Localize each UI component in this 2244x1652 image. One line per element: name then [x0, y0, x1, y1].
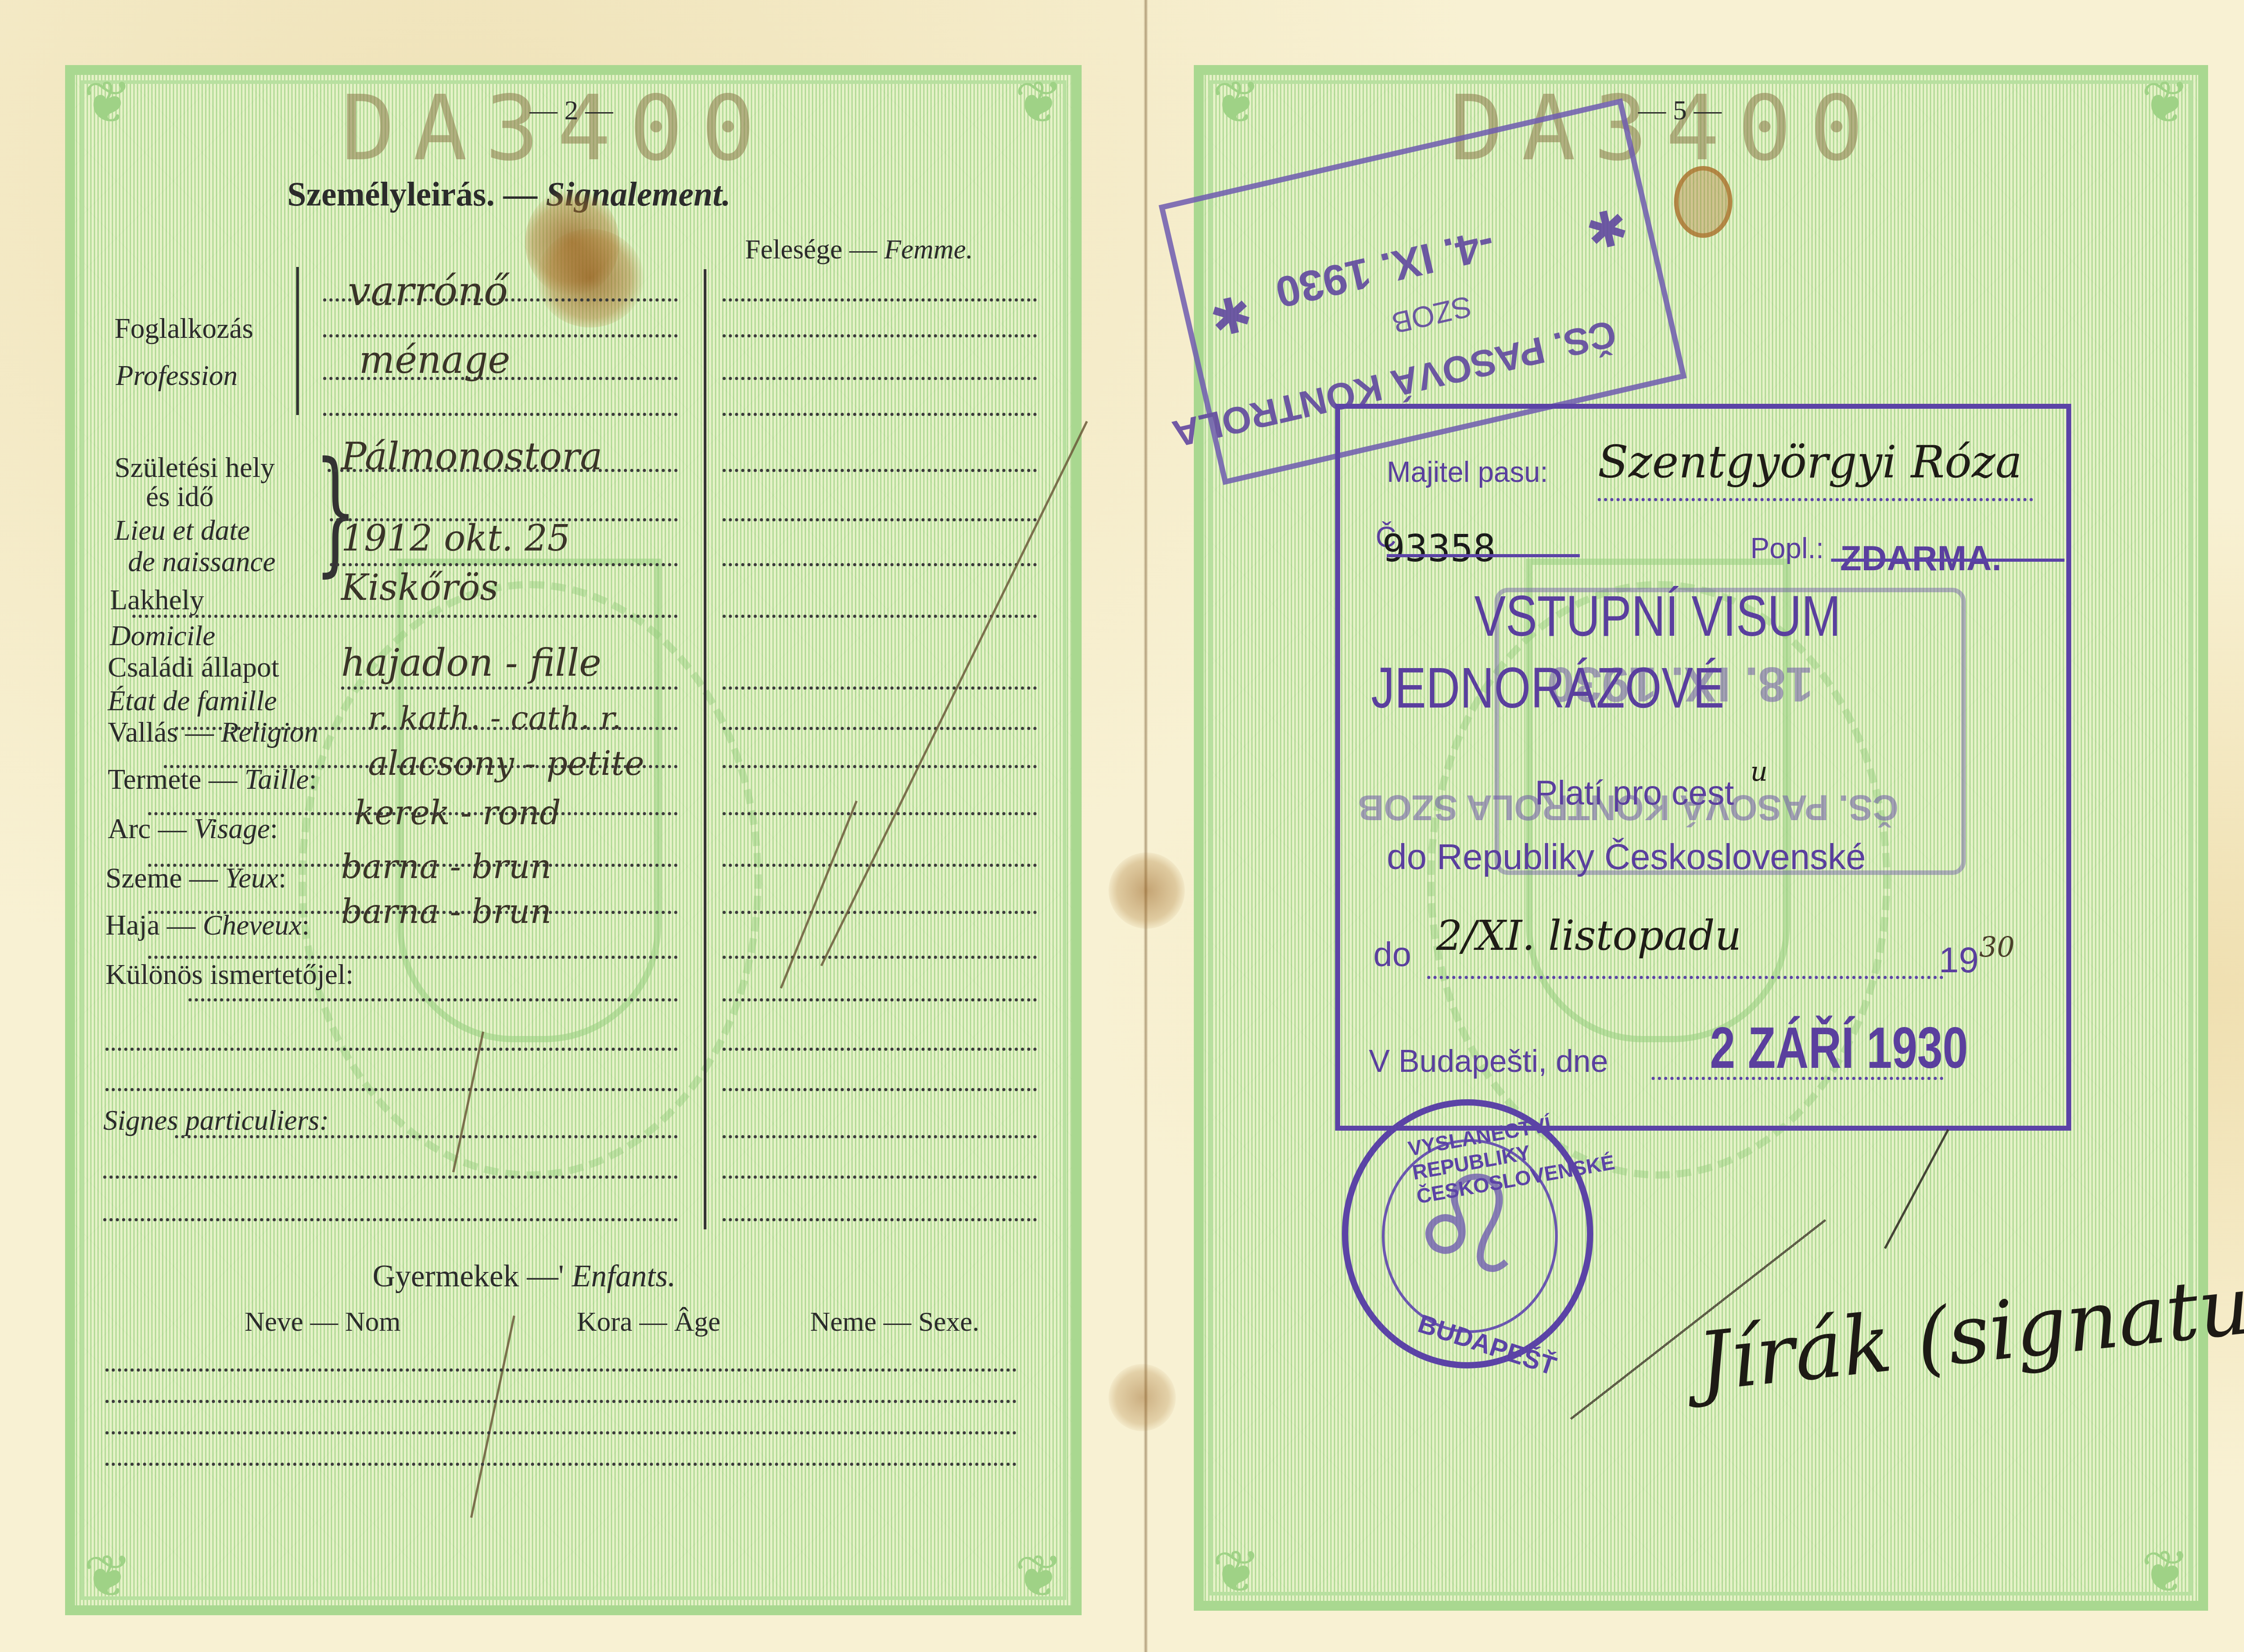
asterisk-icon: ✱ [1581, 199, 1633, 256]
wife-field-line [723, 686, 1037, 690]
wife-field-line [723, 298, 1037, 302]
label-birth-fr-1: Lieu et date [114, 516, 250, 545]
ornament-corner-icon: ❦ [74, 70, 141, 137]
wife-field-line [723, 864, 1037, 867]
valid-until-label: do [1373, 938, 1411, 972]
field-line [105, 1088, 678, 1091]
label-occupation-fr: Profession [116, 361, 237, 390]
height-value: alacsony - petite [368, 747, 644, 780]
field-line [103, 1218, 678, 1221]
brace [296, 267, 299, 415]
children-heading: Gyermekek —' Enfants. [373, 1261, 676, 1292]
country-line: do Republiky Československé [1387, 839, 1866, 875]
ornament-corner-icon: ❦ [1203, 1539, 1270, 1606]
valid-until-year-prefix: 19 [1939, 942, 1979, 978]
column-divider [704, 269, 706, 1229]
wife-field-line [723, 377, 1037, 380]
wife-field-line [723, 765, 1037, 768]
occupation-value-fr: ménage [359, 341, 510, 379]
page-number: — 5 — [1638, 96, 1722, 124]
label-family-fr: État de famille [108, 686, 277, 715]
children-col-sex: Neme — Sexe. [810, 1308, 979, 1336]
wife-column-header: Felesége — Femme. [745, 236, 973, 263]
label-domicile-hu: Lakhely [110, 586, 204, 614]
eyes-value: barna - brun [341, 850, 552, 883]
field-line [103, 1176, 678, 1179]
holder-value: Szentgyörgyi Róza [1598, 440, 2022, 485]
label-family-hu: Családi állapot [108, 653, 279, 682]
field-line [175, 1135, 678, 1138]
number-line [1387, 554, 1580, 557]
rust-stain [1674, 166, 1732, 238]
ornament-corner-icon: ❦ [1005, 1543, 1073, 1611]
wife-field-line [723, 563, 1037, 566]
wife-field-line [723, 956, 1037, 959]
ornament-corner-icon: ❦ [1005, 70, 1073, 137]
field-line [323, 413, 678, 416]
children-col-name: Neve — Nom [245, 1308, 401, 1336]
perforated-number: DA3400 [341, 76, 773, 181]
label-hair: Haja — Cheveux: [105, 911, 310, 940]
wife-field-line [723, 1135, 1037, 1138]
child-row-line [105, 1400, 1017, 1403]
child-row-line [105, 1368, 1017, 1372]
asterisk-icon: ✱ [1205, 286, 1257, 343]
rust-stain [1109, 1364, 1176, 1431]
religion-value: r. kath. - cath. r. [368, 702, 622, 734]
label-marks-fr: Signes particuliers: [103, 1106, 329, 1135]
valid-until-line [1427, 976, 1943, 979]
valid-for-hand: u [1750, 758, 1768, 785]
domicile-value: Kiskőrös [341, 570, 499, 606]
label-religion: Vallás — Religion [108, 718, 318, 747]
label-eyes: Szeme — Yeux: [105, 864, 286, 892]
wife-field-line [723, 334, 1037, 337]
fee-label: Popl.: [1750, 534, 1824, 563]
valid-until-year-hand: 30 [1979, 933, 2015, 961]
child-row-line [105, 1463, 1017, 1466]
wife-field-line [723, 911, 1037, 914]
label-occupation-hu: Foglalkozás [114, 314, 253, 343]
wife-field-line [723, 727, 1037, 730]
ornament-corner-icon: ❦ [2132, 70, 2199, 137]
ornament-corner-icon: ❦ [74, 1543, 141, 1611]
issued-date: 2 ZÁŘÍ 1930 [1710, 1018, 1968, 1077]
page-number: — 2 — [530, 96, 613, 124]
wife-field-line [723, 413, 1037, 416]
field-line [105, 1048, 678, 1051]
field-line [188, 998, 678, 1001]
wife-field-line [723, 1048, 1037, 1051]
issued-label: V Budapešti, dne [1369, 1045, 1608, 1077]
valid-for-label: Platí pro cest [1535, 776, 1734, 810]
hair-value: barna - brun [341, 895, 552, 928]
label-marks-hu: Különös ismertetőjel: [105, 960, 354, 989]
wife-field-line [723, 812, 1037, 815]
ornament-corner-icon: ❦ [2132, 1539, 2199, 1606]
label-birth-hu-1: Születési hely [114, 453, 275, 482]
label-birth-fr-2: de naissance [128, 547, 276, 576]
ornament-corner-icon: ❦ [1203, 70, 1270, 137]
section-heading: Személyleirás. — Signalement. [287, 177, 731, 211]
wife-field-line [723, 518, 1037, 521]
holder-label: Majitel pasu: [1387, 458, 1548, 486]
fee-value: ZDARMA. [1840, 541, 2002, 576]
wife-field-line [723, 469, 1037, 472]
label-face: Arc — Visage: [108, 814, 278, 843]
field-line [132, 615, 678, 618]
wife-field-line [723, 1176, 1037, 1179]
children-col-age: Kora — Âge [577, 1308, 720, 1336]
field-line [330, 563, 678, 566]
consulate-seal: ♌︎ VYSLANECTVÍ REPUBLIKY ČESKOSLOVENSKÉ … [1342, 1099, 1593, 1368]
child-row-line [105, 1431, 1017, 1434]
valid-until-value: 2/XI. listopadu [1436, 915, 1741, 957]
rust-stain [536, 229, 644, 328]
visa-title-2: JEDNORÁZOVÉ [1371, 660, 1724, 717]
label-birth-hu-2: és idő [146, 482, 214, 511]
label-domicile-fr: Domicile [110, 621, 215, 650]
family-status-value: hajadon - fille [341, 644, 601, 682]
fee-strike-line [1831, 559, 2064, 562]
visa-number: 93358 [1382, 529, 1496, 567]
wife-field-line [723, 998, 1037, 1001]
field-line [341, 686, 678, 690]
stamp-location: SZOB [1389, 291, 1474, 338]
label-height: Termete — Taille: [108, 765, 317, 794]
holder-line [1598, 498, 2033, 501]
field-line [148, 956, 678, 959]
birth-place-value: Pálmonostora [341, 437, 602, 475]
rust-stain [1109, 852, 1185, 929]
occupation-value-hu: varrónő [348, 271, 508, 312]
birth-date-value: 1912 okt. 25 [341, 520, 570, 556]
face-value: kerek - rond [355, 796, 561, 830]
visa-title-1: VSTUPNÍ VISUM [1474, 588, 1841, 645]
field-line [323, 334, 678, 337]
wife-field-line [723, 1218, 1037, 1221]
wife-field-line [723, 1088, 1037, 1091]
